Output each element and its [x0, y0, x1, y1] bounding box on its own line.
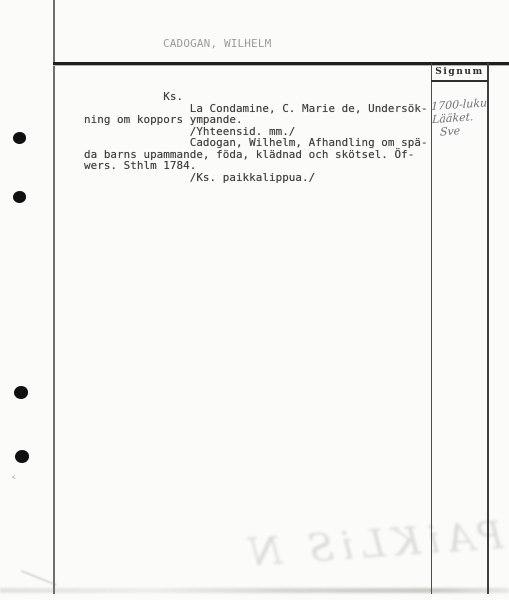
- signum-label: Signum: [431, 67, 488, 77]
- shelfmark-line-language: Sve: [433, 122, 493, 139]
- hole-punch-dot: [13, 132, 26, 144]
- card-bottom-edge-shadow: [0, 588, 509, 593]
- signum-header-rule: [431, 80, 488, 82]
- hole-punch-dot: [13, 191, 26, 203]
- bleedthrough-handwriting: PAiKLiS N: [242, 513, 506, 591]
- catalog-card-scan: PAiKLiS N CADOGAN, WILHELM Ks. La Condam…: [0, 0, 509, 600]
- hole-punch-dot: [14, 386, 28, 399]
- signum-handwritten-shelfmark: 1700-luku Lääket. Sve: [431, 96, 494, 139]
- card-right-rule: [487, 63, 489, 594]
- card-left-rule: [53, 0, 55, 594]
- card-top-rule: [53, 62, 509, 66]
- signum-column-left-rule: [431, 63, 432, 594]
- bottom-left-smudge: [21, 570, 57, 586]
- card-heading: CADOGAN, WILHELM: [163, 37, 271, 50]
- pencil-tick-mark: ‹: [9, 471, 19, 483]
- typed-entry-text: Ks. La Condamine, C. Marie de, Undersök-…: [84, 91, 428, 183]
- hole-punch-dot: [15, 450, 29, 463]
